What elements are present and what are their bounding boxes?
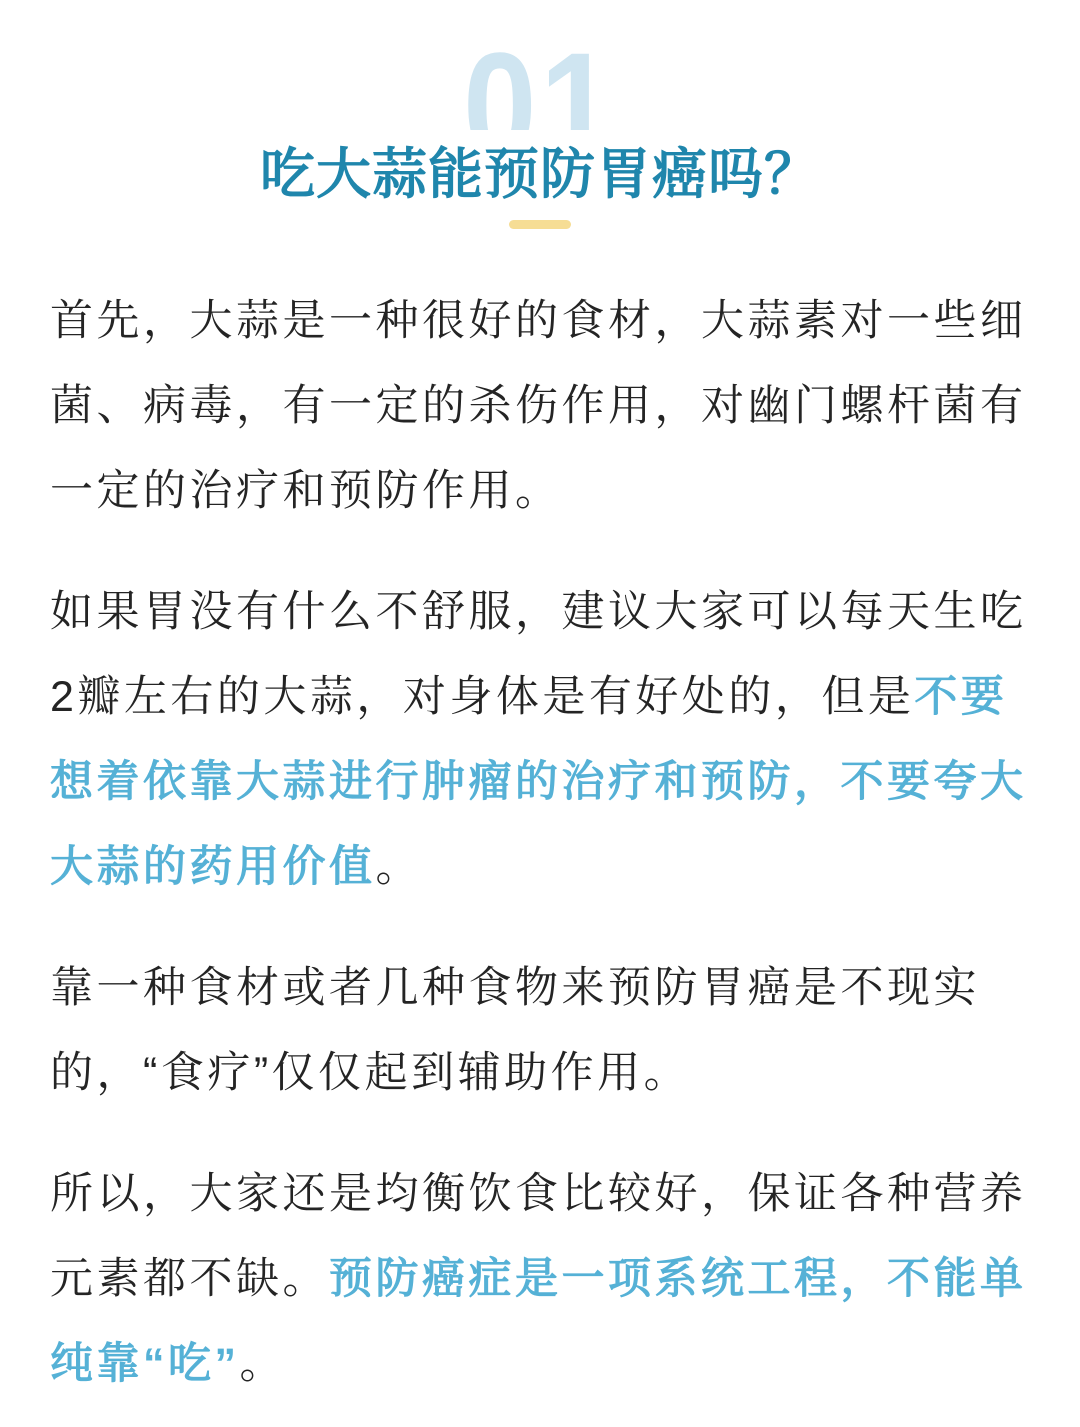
body-text: 。 [376,843,423,891]
paragraph: 靠一种食材或者几种食物来预防胃癌是不现实的，“食疗”仅仅起到辅助作用。 [50,946,1030,1116]
body-text: 如果胃没有什么不舒服，建议大家可以每天生吃2瓣左右的大蒜，对身体是有好处的，但是 [50,588,1027,721]
paragraph: 首先，大蒜是一种很好的食材，大蒜素对一些细菌、病毒，有一定的杀伤作用，对幽门螺杆… [50,279,1030,534]
section-title: 吃大蒜能预防胃癌吗？ [50,142,1030,206]
section-header: 01 吃大蒜能预防胃癌吗？ [50,30,1030,229]
body-text: 。 [240,1340,287,1388]
section-number: 01 [109,30,971,130]
article-body: 首先，大蒜是一种很好的食材，大蒜素对一些细菌、病毒，有一定的杀伤作用，对幽门螺杆… [50,279,1030,1407]
body-text: 靠一种食材或者几种食物来预防胃癌是不现实的，“食疗”仅仅起到辅助作用。 [50,964,980,1097]
heading-underline [509,220,571,229]
paragraph: 如果胃没有什么不舒服，建议大家可以每天生吃2瓣左右的大蒜，对身体是有好处的，但是… [50,570,1030,910]
article-page: 01 吃大蒜能预防胃癌吗？ 首先，大蒜是一种很好的食材，大蒜素对一些细菌、病毒，… [0,0,1080,1427]
body-text: 首先，大蒜是一种很好的食材，大蒜素对一些细菌、病毒，有一定的杀伤作用，对幽门螺杆… [50,297,1027,515]
paragraph: 所以，大家还是均衡饮食比较好，保证各种营养元素都不缺。预防癌症是一项系统工程，不… [50,1152,1030,1407]
